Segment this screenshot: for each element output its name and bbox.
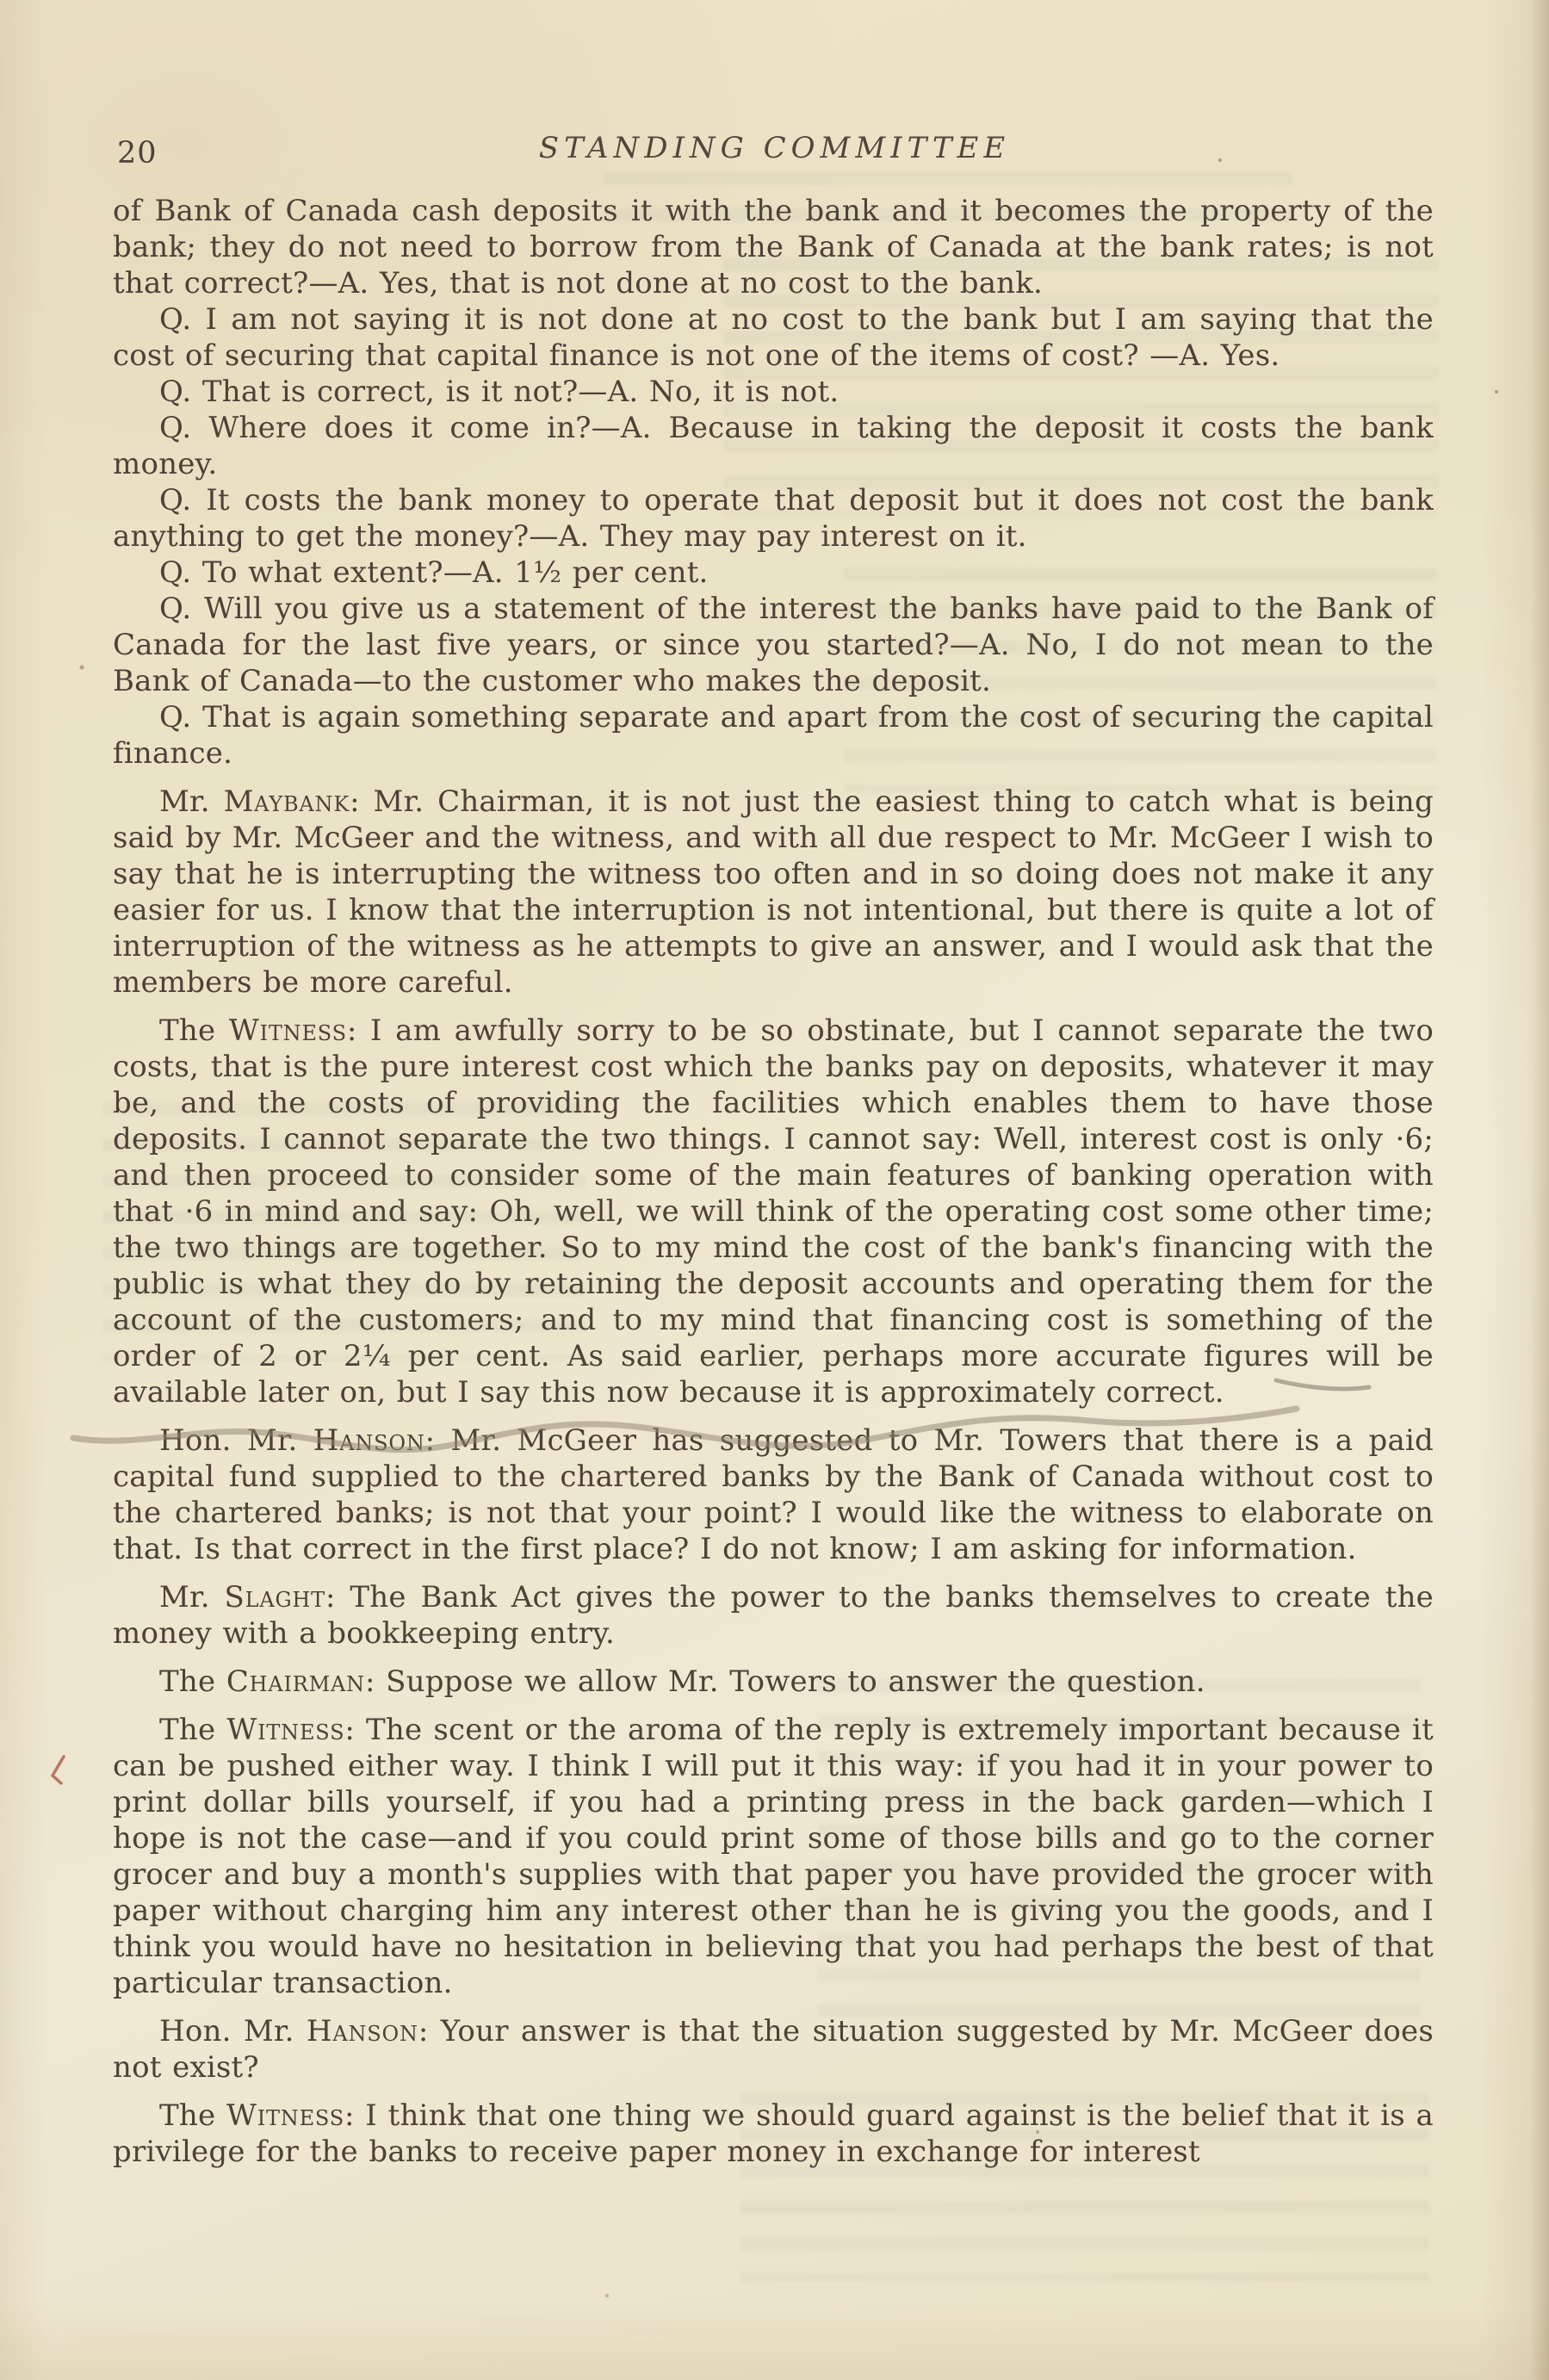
transcript-paragraph: The Witness: I think that one thing we s… xyxy=(113,2098,1434,2170)
transcript-paragraph: Q. I am not saying it is not done at no … xyxy=(113,301,1434,374)
transcript-paragraph: Q. Will you give us a statement of the i… xyxy=(113,591,1434,699)
speaker-name: Slaght xyxy=(225,1580,325,1615)
transcript-paragraph: Q. Where does it come in?—A. Because in … xyxy=(113,410,1434,482)
running-head: STANDING COMMITTEE xyxy=(0,131,1549,165)
transcript-paragraph: Q. To what extent?—A. 1½ per cent. xyxy=(113,555,1434,591)
transcript-paragraph: Mr. Maybank: Mr. Chairman, it is not jus… xyxy=(113,784,1434,1001)
transcript-paragraph: Mr. Slaght: The Bank Act gives the power… xyxy=(113,1579,1434,1652)
transcript-paragraph: The Chairman: Suppose we allow Mr. Tower… xyxy=(113,1664,1434,1700)
speaker-name: Maybank xyxy=(224,784,350,819)
transcript-paragraph: The Witness: I am awfully sorry to be so… xyxy=(113,1013,1434,1410)
transcript-paragraph: Hon. Mr. Hanson: Your answer is that the… xyxy=(113,2013,1434,2086)
speaker-name: Witness xyxy=(229,1013,347,1048)
transcript-paragraph: The Witness: The scent or the aroma of t… xyxy=(113,1712,1434,2001)
transcript-paragraph: Q. That is correct, is it not?—A. No, it… xyxy=(113,374,1434,410)
transcript-paragraph: of Bank of Canada cash deposits it with … xyxy=(113,193,1434,301)
transcript-paragraph: Hon. Mr. Hanson: Mr. McGeer has suggeste… xyxy=(113,1422,1434,1567)
speaker-name: Chairman xyxy=(226,1664,365,1699)
speaker-name: Hanson xyxy=(307,2014,418,2048)
red-margin-tick xyxy=(53,1757,64,1783)
transcript-body: of Bank of Canada cash deposits it with … xyxy=(113,193,1434,2170)
speaker-name: Hanson xyxy=(313,1423,425,1458)
transcript-paragraph: Q. It costs the bank money to operate th… xyxy=(113,482,1434,555)
speaker-name: Witness xyxy=(226,1713,344,1747)
transcript-paragraph: Q. That is again something separate and … xyxy=(113,699,1434,772)
scanned-transcript-page: 20 STANDING COMMITTEE of Bank of Canada … xyxy=(0,0,1549,2380)
speaker-name: Witness xyxy=(226,2098,344,2133)
